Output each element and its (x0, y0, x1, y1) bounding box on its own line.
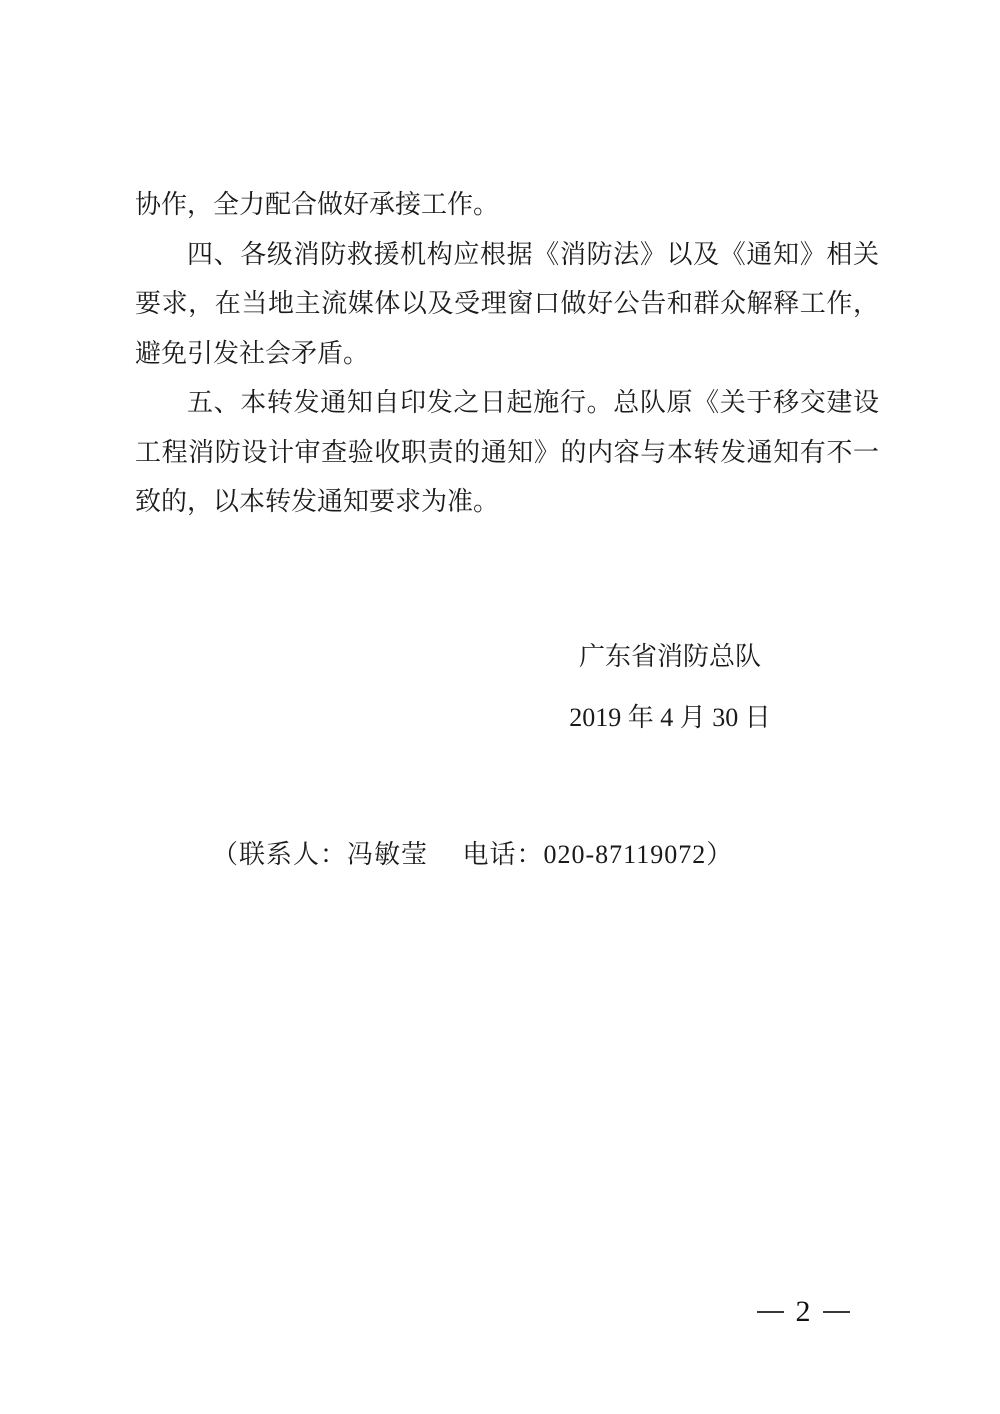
body-text: 协作，全力配合做好承接工作。四、各级消防救援机构应根据《消防法》以及《通知》相关… (135, 180, 879, 527)
page-number: 2 (796, 1293, 811, 1331)
contact-line: （联系人：冯敏莹 电话：020-87119072） (212, 834, 733, 871)
body-line: 致的，以本转发通知要求为准。 (135, 477, 879, 527)
signature-date: 2019 年 4 月 30 日 (450, 687, 890, 748)
body-line: 协作，全力配合做好承接工作。 (135, 180, 879, 230)
page-dash-right-icon (823, 1311, 850, 1313)
page-footer: 2 (753, 1293, 853, 1331)
signature-org: 广东省消防总队 (450, 626, 890, 687)
body-line: 要求，在当地主流媒体以及受理窗口做好公告和群众解释工作， (135, 279, 879, 329)
document-page: 协作，全力配合做好承接工作。四、各级消防救援机构应根据《消防法》以及《通知》相关… (0, 0, 1000, 1414)
body-line: 五、本转发通知自印发之日起施行。总队原《关于移交建设 (135, 378, 879, 428)
page-dash-left-icon (757, 1311, 784, 1313)
signature-block: 广东省消防总队 2019 年 4 月 30 日 (450, 626, 890, 748)
body-line: 四、各级消防救援机构应根据《消防法》以及《通知》相关 (135, 230, 879, 280)
body-line: 工程消防设计审查验收职责的通知》的内容与本转发通知有不一 (135, 428, 879, 478)
body-line: 避免引发社会矛盾。 (135, 329, 879, 379)
